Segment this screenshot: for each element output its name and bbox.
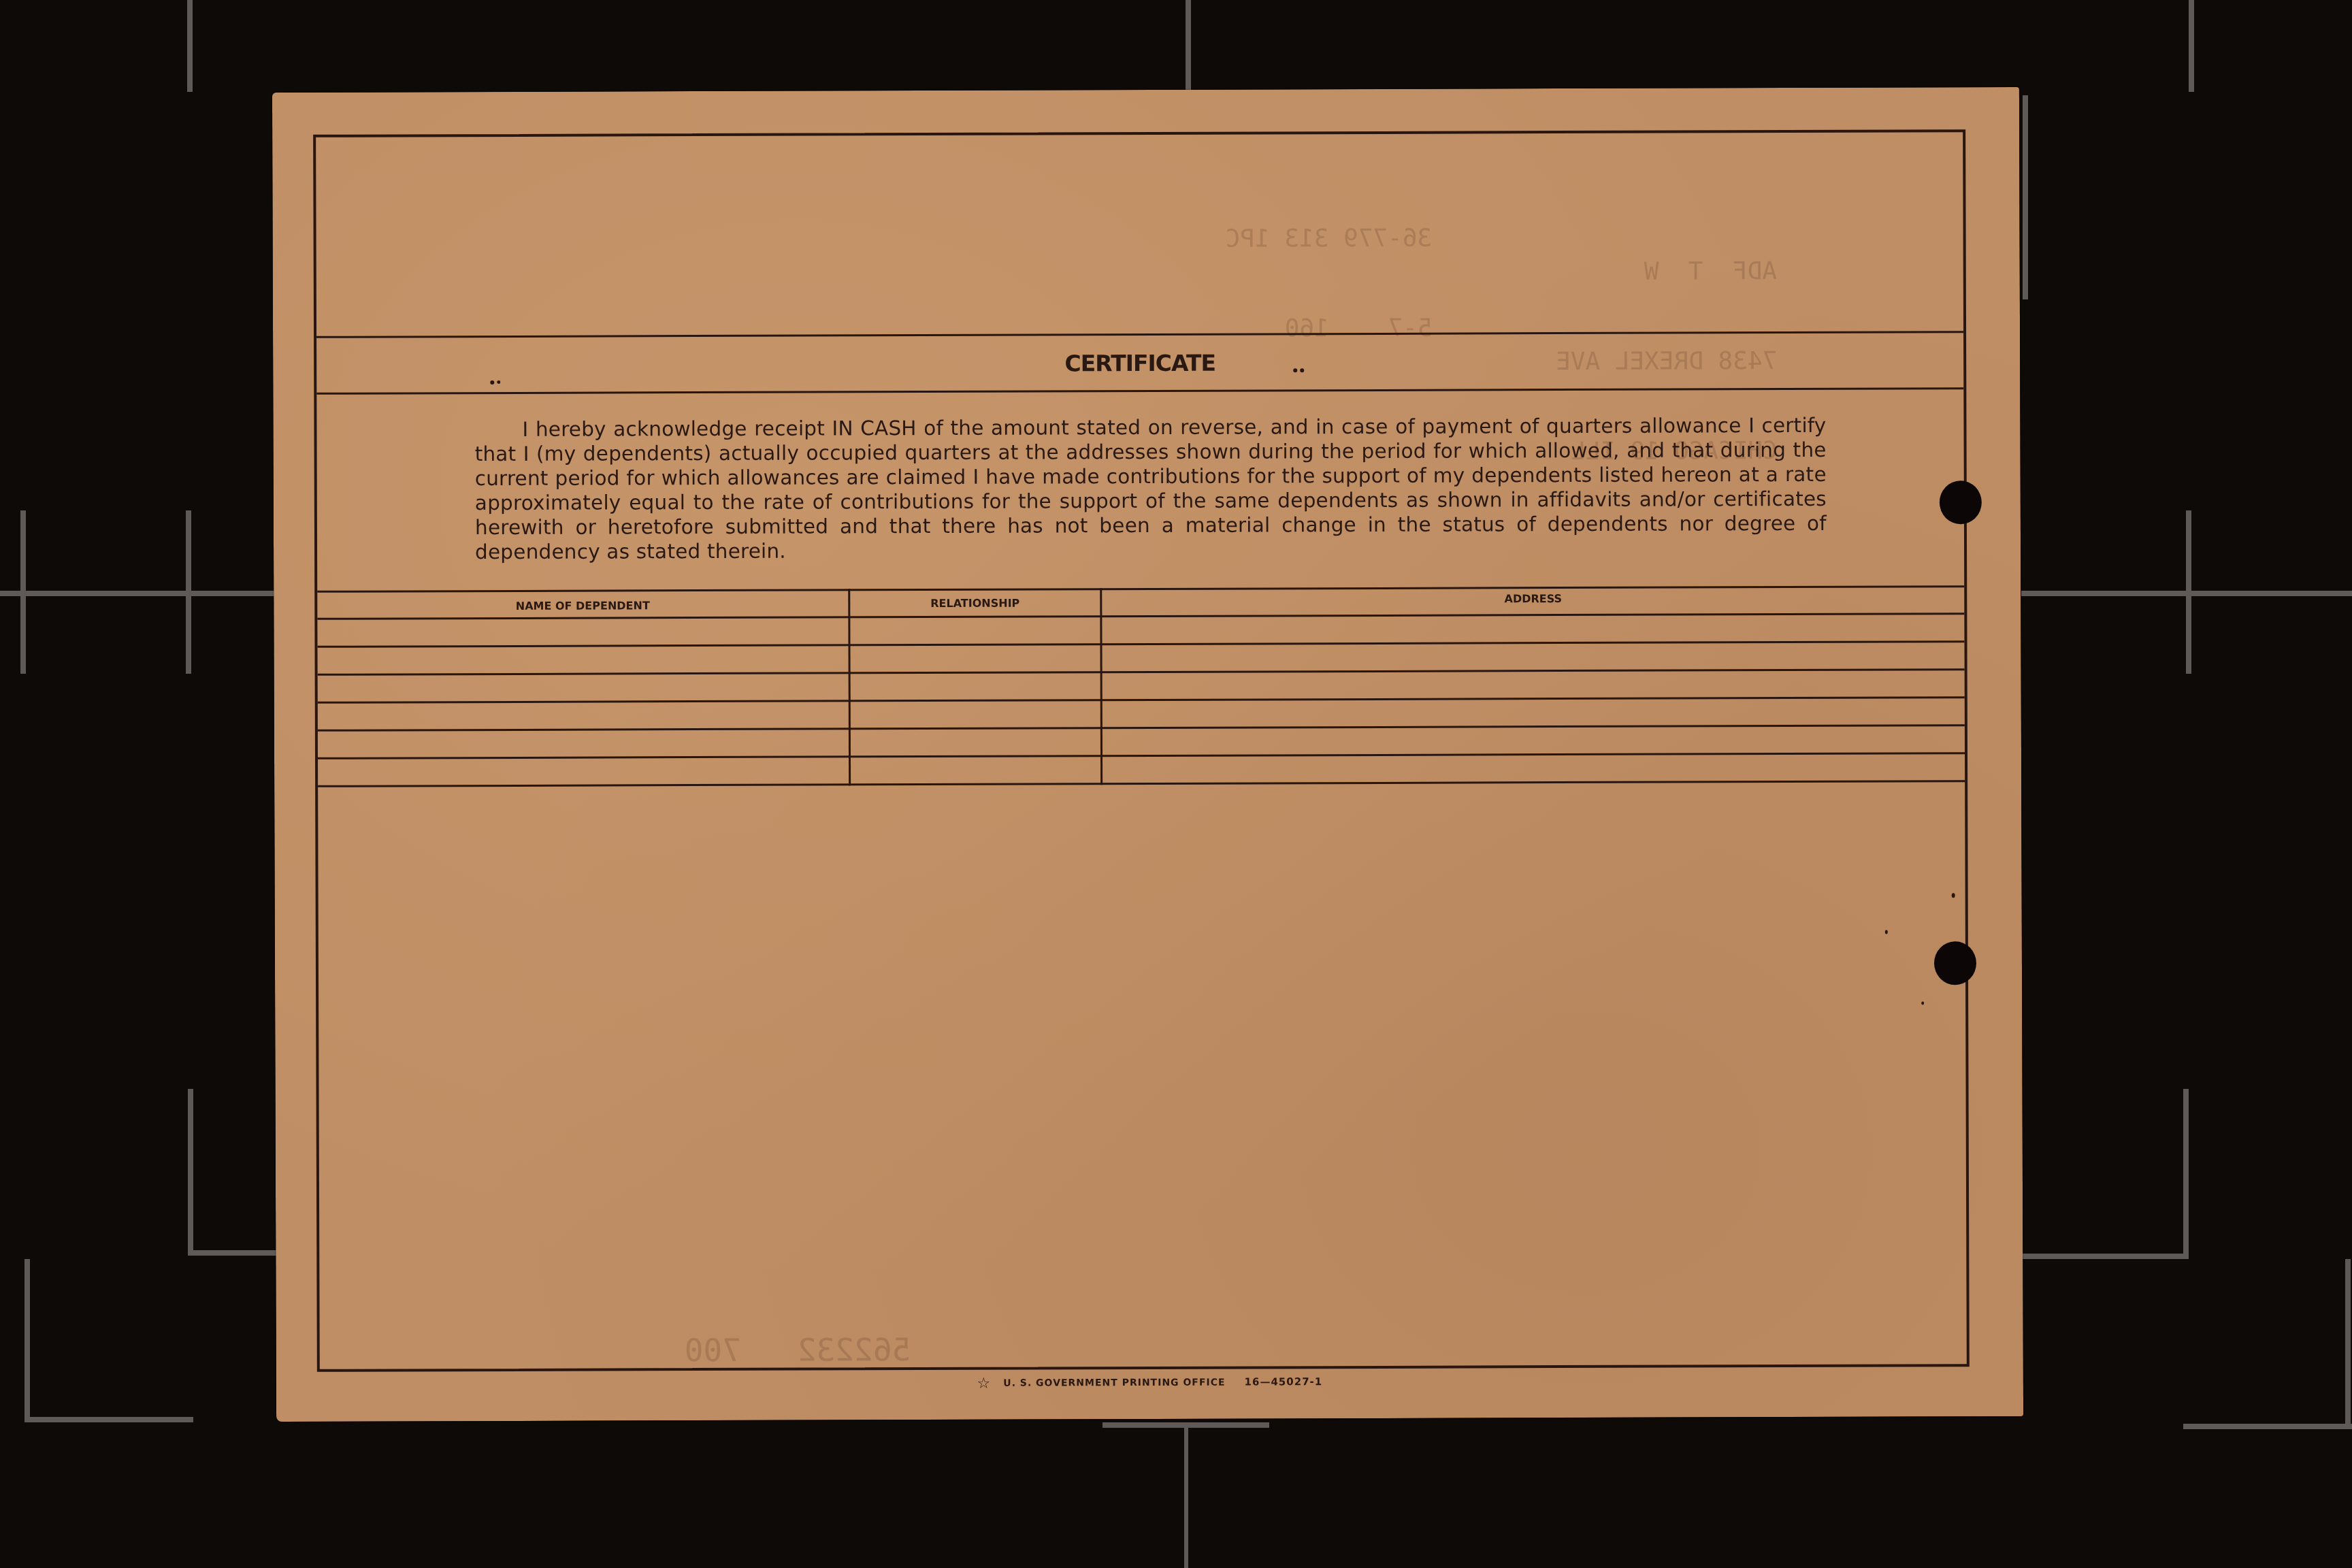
grid-mark — [0, 591, 274, 596]
ink-speck — [1921, 1001, 1924, 1004]
form-paper: 36-779 313 1PC 5-7 160 ADF T W 7438 DREX… — [272, 87, 2023, 1422]
table-row — [318, 752, 1965, 759]
dependents-table: NAME OF DEPENDENT RELATIONSHIP ADDRESS — [316, 132, 1963, 137]
grid-mark — [24, 1259, 30, 1422]
table-row — [317, 640, 1964, 648]
grid-mark — [2183, 1424, 2352, 1429]
grid-mark — [1186, 0, 1191, 92]
certificate-body: I hereby acknowledge receipt IN CASH of … — [475, 414, 1827, 563]
form-code: 16—45027-1 — [1245, 1375, 1323, 1388]
grid-mark — [1184, 1422, 1188, 1568]
form-frame: CERTIFICATE I hereby acknowledge receipt… — [313, 129, 1970, 1372]
grid-mark — [2345, 1259, 2351, 1429]
printer-imprint: ☆U. S. GOVERNMENT PRINTING OFFICE16—4502… — [276, 1372, 2023, 1394]
ink-speck — [1885, 930, 1888, 934]
grid-mark — [187, 0, 193, 92]
column-header-address: ADDRESS — [1102, 591, 1964, 606]
grid-mark — [2021, 1254, 2189, 1259]
grid-mark — [186, 510, 191, 674]
table-bottom-line — [318, 780, 1965, 787]
section-divider — [316, 387, 1963, 395]
table-row — [318, 724, 1965, 732]
grid-mark — [2023, 95, 2028, 299]
ink-speck — [1300, 368, 1304, 372]
grid-mark — [24, 1417, 193, 1422]
punch-hole — [1934, 941, 1976, 985]
punch-hole — [1940, 480, 1982, 524]
grid-mark — [2183, 1089, 2189, 1259]
section-divider — [316, 331, 1963, 338]
ink-speck — [1293, 368, 1297, 372]
grid-mark — [188, 1250, 276, 1256]
table-row — [318, 668, 1965, 676]
certificate-text: I hereby acknowledge receipt IN CASH of … — [474, 413, 1827, 564]
column-divider — [1100, 588, 1102, 785]
printer-name: U. S. GOVERNMENT PRINTING OFFICE — [1003, 1377, 1225, 1389]
column-header-relationship: RELATIONSHIP — [850, 596, 1100, 610]
grid-mark — [188, 1089, 193, 1256]
star-icon: ☆ — [977, 1375, 991, 1392]
certificate-title: CERTIFICATE — [316, 347, 1963, 379]
ink-speck — [497, 380, 500, 384]
ink-speck — [490, 380, 494, 385]
ink-speck — [1952, 893, 1955, 898]
grid-mark — [20, 510, 26, 674]
table-header-line — [317, 612, 1964, 620]
table-row — [318, 696, 1965, 704]
grid-mark — [2186, 510, 2191, 674]
column-divider — [848, 589, 851, 785]
column-header-name: NAME OF DEPENDENT — [317, 598, 848, 612]
grid-mark — [2189, 0, 2194, 92]
